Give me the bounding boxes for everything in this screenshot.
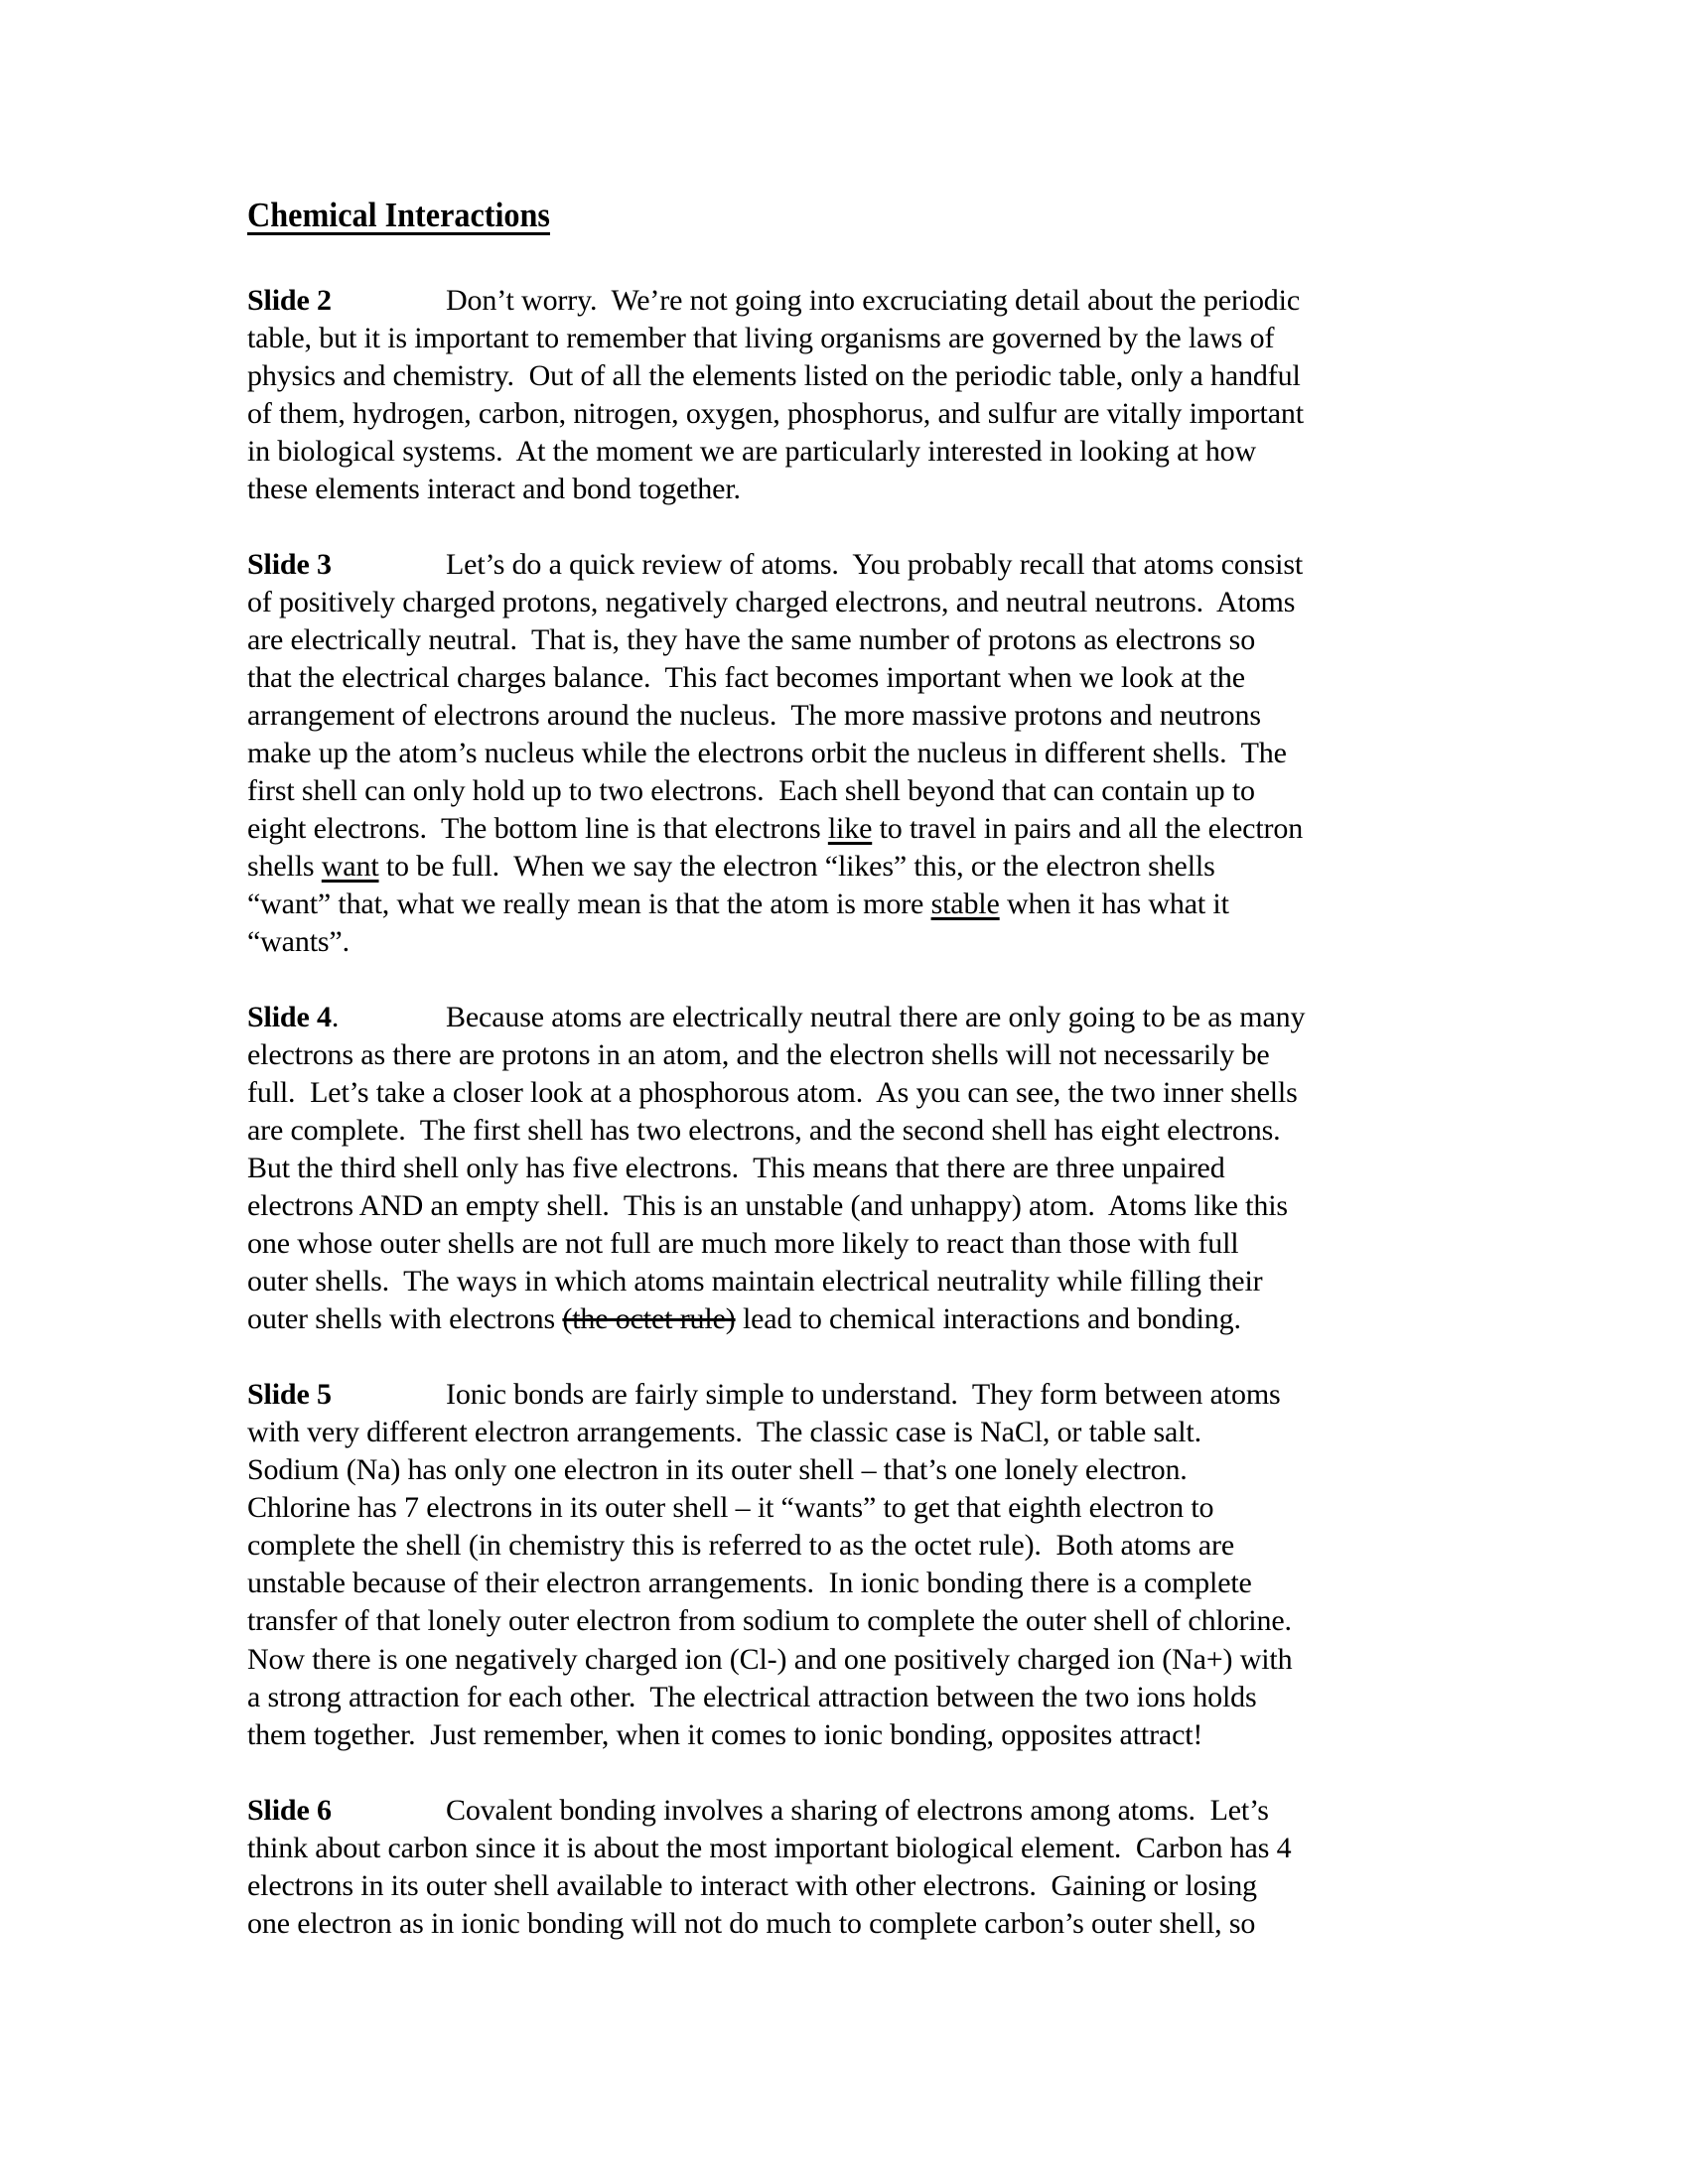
slide-3-line-1: Slide 3Let’s do a quick review of atoms.…: [247, 546, 1303, 584]
underlined-word-stable: stable: [931, 887, 1000, 920]
slide-5-line-6: unstable because of their electron arran…: [247, 1565, 1252, 1602]
paragraph-text: Ionic bonds are fairly simple to underst…: [446, 1378, 1281, 1411]
slide-3-line-5: arrangement of electrons around the nucl…: [247, 697, 1261, 735]
slide-4-line-9: outer shells with electrons (the octet r…: [247, 1300, 1241, 1338]
slide-4-line-4: are complete. The first shell has two el…: [247, 1112, 1280, 1150]
slide-4-label-period: .: [332, 1001, 339, 1033]
slide-5-line-4: Chlorine has 7 electrons in its outer sh…: [247, 1489, 1213, 1527]
paragraph-text: lead to chemical interactions and bondin…: [736, 1302, 1241, 1335]
document-page: Chemical Interactions Slide 2Don’t worry…: [0, 0, 1688, 2184]
paragraph-text: to travel in pairs and all the electron: [872, 812, 1303, 845]
slide-3-line-4: that the electrical charges balance. Thi…: [247, 659, 1245, 697]
paragraph-text: shells: [247, 850, 322, 883]
slide-3-label: Slide 3: [247, 546, 446, 584]
slide-3-line-6: make up the atom’s nucleus while the ele…: [247, 735, 1287, 772]
underlined-word-want: want: [322, 850, 379, 883]
slide-4-label-text: Slide 4: [247, 1001, 332, 1033]
slide-3-line-7: first shell can only hold up to two elec…: [247, 772, 1255, 810]
slide-6-line-2: think about carbon since it is about the…: [247, 1830, 1291, 1867]
slide-3-line-2: of positively charged protons, negativel…: [247, 584, 1295, 621]
underlined-word-like: like: [828, 812, 872, 845]
slide-4-line-8: outer shells. The ways in which atoms ma…: [247, 1263, 1263, 1300]
slide-4-line-1: Slide 4.Because atoms are electrically n…: [247, 999, 1305, 1036]
slide-2-line-3: physics and chemistry. Out of all the el…: [247, 357, 1301, 395]
paragraph-text: Don’t worry. We’re not going into excruc…: [446, 284, 1300, 317]
slide-5-line-5: complete the shell (in chemistry this is…: [247, 1527, 1234, 1565]
slide-5-line-10: them together. Just remember, when it co…: [247, 1716, 1202, 1754]
slide-5-line-9: a strong attraction for each other. The …: [247, 1679, 1257, 1716]
slide-5-label: Slide 5: [247, 1376, 446, 1414]
paragraph-text: “want” that, what we really mean is that…: [247, 887, 931, 920]
paragraph-text: when it has what it: [1000, 887, 1229, 920]
slide-5-line-3: Sodium (Na) has only one electron in its…: [247, 1451, 1188, 1489]
slide-3-line-3: are electrically neutral. That is, they …: [247, 621, 1255, 659]
paragraph-text: eight electrons. The bottom line is that…: [247, 812, 828, 845]
slide-6-line-1: Slide 6Covalent bonding involves a shari…: [247, 1792, 1269, 1830]
slide-2-line-5: in biological systems. At the moment we …: [247, 433, 1256, 471]
slide-2-line-4: of them, hydrogen, carbon, nitrogen, oxy…: [247, 395, 1304, 433]
slide-5-line-2: with very different electron arrangement…: [247, 1414, 1201, 1451]
slide-3-line-9: shells want to be full. When we say the …: [247, 848, 1215, 886]
slide-3-line-11: “wants”.: [247, 923, 350, 961]
slide-4-label: Slide 4.: [247, 999, 446, 1036]
paragraph-text: Covalent bonding involves a sharing of e…: [446, 1794, 1269, 1827]
slide-3-line-10: “want” that, what we really mean is that…: [247, 886, 1229, 923]
page-title: Chemical Interactions: [247, 196, 550, 235]
slide-4-line-2: electrons as there are protons in an ato…: [247, 1036, 1269, 1074]
slide-4-line-7: one whose outer shells are not full are …: [247, 1225, 1238, 1263]
paragraph-text: outer shells with electrons: [247, 1302, 562, 1335]
slide-4-line-3: full. Let’s take a closer look at a phos…: [247, 1074, 1298, 1112]
slide-6-line-4: one electron as in ionic bonding will no…: [247, 1905, 1255, 1943]
slide-2-line-6: these elements interact and bond togethe…: [247, 471, 741, 508]
slide-4-line-5: But the third shell only has five electr…: [247, 1150, 1225, 1187]
slide-3-line-8: eight electrons. The bottom line is that…: [247, 810, 1303, 848]
strikethrough-text: (the octet rule): [562, 1302, 735, 1335]
slide-2-line-1: Slide 2Don’t worry. We’re not going into…: [247, 282, 1300, 320]
paragraph-text: Because atoms are electrically neutral t…: [446, 1001, 1305, 1033]
slide-6-line-3: electrons in its outer shell available t…: [247, 1867, 1257, 1905]
slide-6-label: Slide 6: [247, 1792, 446, 1830]
slide-2-label: Slide 2: [247, 282, 446, 320]
slide-5-line-8: Now there is one negatively charged ion …: [247, 1641, 1292, 1679]
paragraph-text: to be full. When we say the electron “li…: [379, 850, 1215, 883]
paragraph-text: Let’s do a quick review of atoms. You pr…: [446, 548, 1303, 581]
slide-5-line-1: Slide 5Ionic bonds are fairly simple to …: [247, 1376, 1281, 1414]
slide-4-line-6: electrons AND an empty shell. This is an…: [247, 1187, 1288, 1225]
slide-5-line-7: transfer of that lonely outer electron f…: [247, 1602, 1292, 1640]
slide-2-line-2: table, but it is important to remember t…: [247, 320, 1274, 357]
